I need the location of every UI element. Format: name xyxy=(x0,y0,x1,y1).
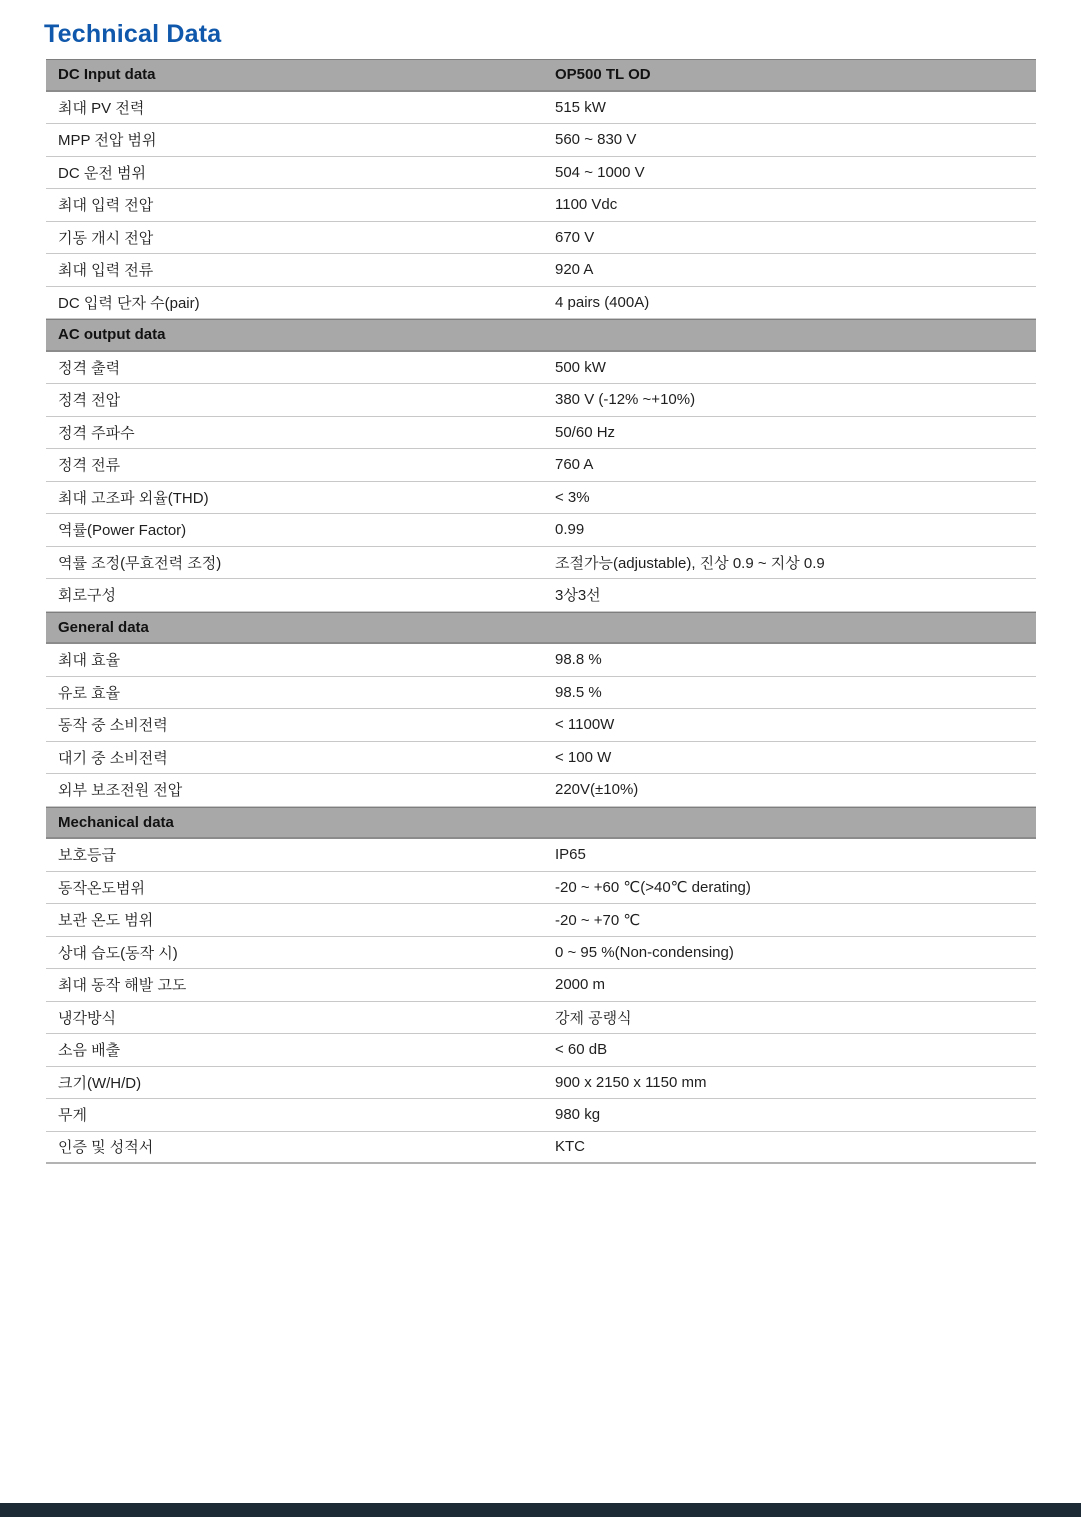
spec-value: < 1100W xyxy=(555,716,1036,733)
spec-value: 560 ~ 830 V xyxy=(555,131,1036,148)
spec-label: 최대 PV 전력 xyxy=(46,97,555,118)
spec-value: 98.8 % xyxy=(555,651,1036,668)
spec-label: 냉각방식 xyxy=(46,1007,555,1028)
spec-value: 2000 m xyxy=(555,976,1036,993)
spec-label: 기동 개시 전압 xyxy=(46,227,555,248)
spec-label: 정격 전압 xyxy=(46,389,555,410)
spec-value: 920 A xyxy=(555,261,1036,278)
spec-row: 최대 고조파 외율(THD)< 3% xyxy=(46,482,1036,515)
spec-row: 동작온도범위-20 ~ +60 ℃(>40℃ derating) xyxy=(46,872,1036,905)
spec-value: 515 kW xyxy=(555,99,1036,116)
spec-table: DC Input dataOP500 TL OD최대 PV 전력515 kWMP… xyxy=(46,59,1036,1164)
spec-label: 역률(Power Factor) xyxy=(46,519,555,540)
spec-value: -20 ~ +70 ℃ xyxy=(555,911,1036,929)
spec-row: 정격 전류760 A xyxy=(46,449,1036,482)
spec-label: MPP 전압 범위 xyxy=(46,129,555,150)
spec-label: 역률 조정(무효전력 조정) xyxy=(46,552,555,573)
spec-value: < 3% xyxy=(555,489,1036,506)
section-header-row: AC output data xyxy=(46,319,1036,352)
spec-label: 정격 출력 xyxy=(46,357,555,378)
spec-row: MPP 전압 범위560 ~ 830 V xyxy=(46,124,1036,157)
page-title: Technical Data xyxy=(44,20,221,49)
spec-row: 냉각방식강제 공랭식 xyxy=(46,1002,1036,1035)
spec-label: 보호등급 xyxy=(46,844,555,865)
section-header-label: General data xyxy=(46,619,555,636)
spec-value: 500 kW xyxy=(555,359,1036,376)
spec-row: 인증 및 성적서KTC xyxy=(46,1132,1036,1165)
section-header-label: AC output data xyxy=(46,326,555,343)
spec-label: DC 입력 단자 수(pair) xyxy=(46,292,555,313)
spec-label: 외부 보조전원 전압 xyxy=(46,779,555,800)
spec-row: 상대 습도(동작 시)0 ~ 95 %(Non-condensing) xyxy=(46,937,1036,970)
spec-label: 크기(W/H/D) xyxy=(46,1072,555,1093)
spec-row: 역률(Power Factor)0.99 xyxy=(46,514,1036,547)
spec-value: 380 V (-12% ~+10%) xyxy=(555,391,1036,408)
spec-value: 강제 공랭식 xyxy=(555,1007,1036,1028)
section-header-row: DC Input dataOP500 TL OD xyxy=(46,59,1036,92)
spec-value: 50/60 Hz xyxy=(555,424,1036,441)
spec-label: 무게 xyxy=(46,1104,555,1125)
spec-value: 900 x 2150 x 1150 mm xyxy=(555,1074,1036,1091)
spec-value: 760 A xyxy=(555,456,1036,473)
spec-label: 정격 주파수 xyxy=(46,422,555,443)
spec-row: 회로구성3상3선 xyxy=(46,579,1036,612)
spec-row: 정격 출력500 kW xyxy=(46,352,1036,385)
spec-row: 최대 입력 전압1100 Vdc xyxy=(46,189,1036,222)
spec-value: < 100 W xyxy=(555,749,1036,766)
spec-label: 인증 및 성적서 xyxy=(46,1136,555,1157)
spec-row: 최대 효율98.8 % xyxy=(46,644,1036,677)
spec-row: 소음 배출< 60 dB xyxy=(46,1034,1036,1067)
spec-label: 정격 전류 xyxy=(46,454,555,475)
spec-label: 상대 습도(동작 시) xyxy=(46,942,555,963)
spec-value: -20 ~ +60 ℃(>40℃ derating) xyxy=(555,878,1036,896)
spec-row: 보호등급IP65 xyxy=(46,839,1036,872)
spec-value: 980 kg xyxy=(555,1106,1036,1123)
spec-row: 크기(W/H/D)900 x 2150 x 1150 mm xyxy=(46,1067,1036,1100)
spec-label: 대기 중 소비전력 xyxy=(46,747,555,768)
spec-value: KTC xyxy=(555,1138,1036,1155)
spec-label: 회로구성 xyxy=(46,584,555,605)
spec-label: 보관 온도 범위 xyxy=(46,909,555,930)
spec-label: 최대 입력 전압 xyxy=(46,194,555,215)
spec-label: 소음 배출 xyxy=(46,1039,555,1060)
spec-value: < 60 dB xyxy=(555,1041,1036,1058)
spec-label: 최대 동작 해발 고도 xyxy=(46,974,555,995)
spec-row: 보관 온도 범위-20 ~ +70 ℃ xyxy=(46,904,1036,937)
spec-row: DC 입력 단자 수(pair)4 pairs (400A) xyxy=(46,287,1036,320)
spec-row: 최대 PV 전력515 kW xyxy=(46,92,1036,125)
spec-label: 동작 중 소비전력 xyxy=(46,714,555,735)
spec-row: 정격 주파수50/60 Hz xyxy=(46,417,1036,450)
spec-row: DC 운전 범위504 ~ 1000 V xyxy=(46,157,1036,190)
spec-value: 4 pairs (400A) xyxy=(555,294,1036,311)
section-header-label: DC Input data xyxy=(46,66,555,83)
section-header-row: Mechanical data xyxy=(46,807,1036,840)
spec-value: 670 V xyxy=(555,229,1036,246)
spec-value: 98.5 % xyxy=(555,684,1036,701)
spec-row: 외부 보조전원 전압220V(±10%) xyxy=(46,774,1036,807)
spec-value: 0.99 xyxy=(555,521,1036,538)
spec-row: 정격 전압380 V (-12% ~+10%) xyxy=(46,384,1036,417)
spec-label: 최대 고조파 외율(THD) xyxy=(46,487,555,508)
spec-value: 조절가능(adjustable), 진상 0.9 ~ 지상 0.9 xyxy=(555,552,1036,573)
spec-label: DC 운전 범위 xyxy=(46,162,555,183)
spec-row: 무게980 kg xyxy=(46,1099,1036,1132)
section-header-label: Mechanical data xyxy=(46,814,555,831)
spec-row: 유로 효율98.5 % xyxy=(46,677,1036,710)
spec-label: 유로 효율 xyxy=(46,682,555,703)
section-header-row: General data xyxy=(46,612,1036,645)
spec-row: 대기 중 소비전력< 100 W xyxy=(46,742,1036,775)
spec-value: 0 ~ 95 %(Non-condensing) xyxy=(555,944,1036,961)
spec-value: IP65 xyxy=(555,846,1036,863)
spec-row: 역률 조정(무효전력 조정)조절가능(adjustable), 진상 0.9 ~… xyxy=(46,547,1036,580)
spec-row: 최대 동작 해발 고도2000 m xyxy=(46,969,1036,1002)
spec-row: 기동 개시 전압670 V xyxy=(46,222,1036,255)
spec-value: 504 ~ 1000 V xyxy=(555,164,1036,181)
spec-value: 1100 Vdc xyxy=(555,196,1036,213)
spec-value: 220V(±10%) xyxy=(555,781,1036,798)
spec-label: 최대 입력 전류 xyxy=(46,259,555,280)
footer-bar xyxy=(0,1503,1081,1517)
section-header-value: OP500 TL OD xyxy=(555,66,1036,83)
spec-label: 동작온도범위 xyxy=(46,877,555,898)
spec-label: 최대 효율 xyxy=(46,649,555,670)
spec-row: 최대 입력 전류920 A xyxy=(46,254,1036,287)
spec-row: 동작 중 소비전력< 1100W xyxy=(46,709,1036,742)
spec-value: 3상3선 xyxy=(555,584,1036,605)
